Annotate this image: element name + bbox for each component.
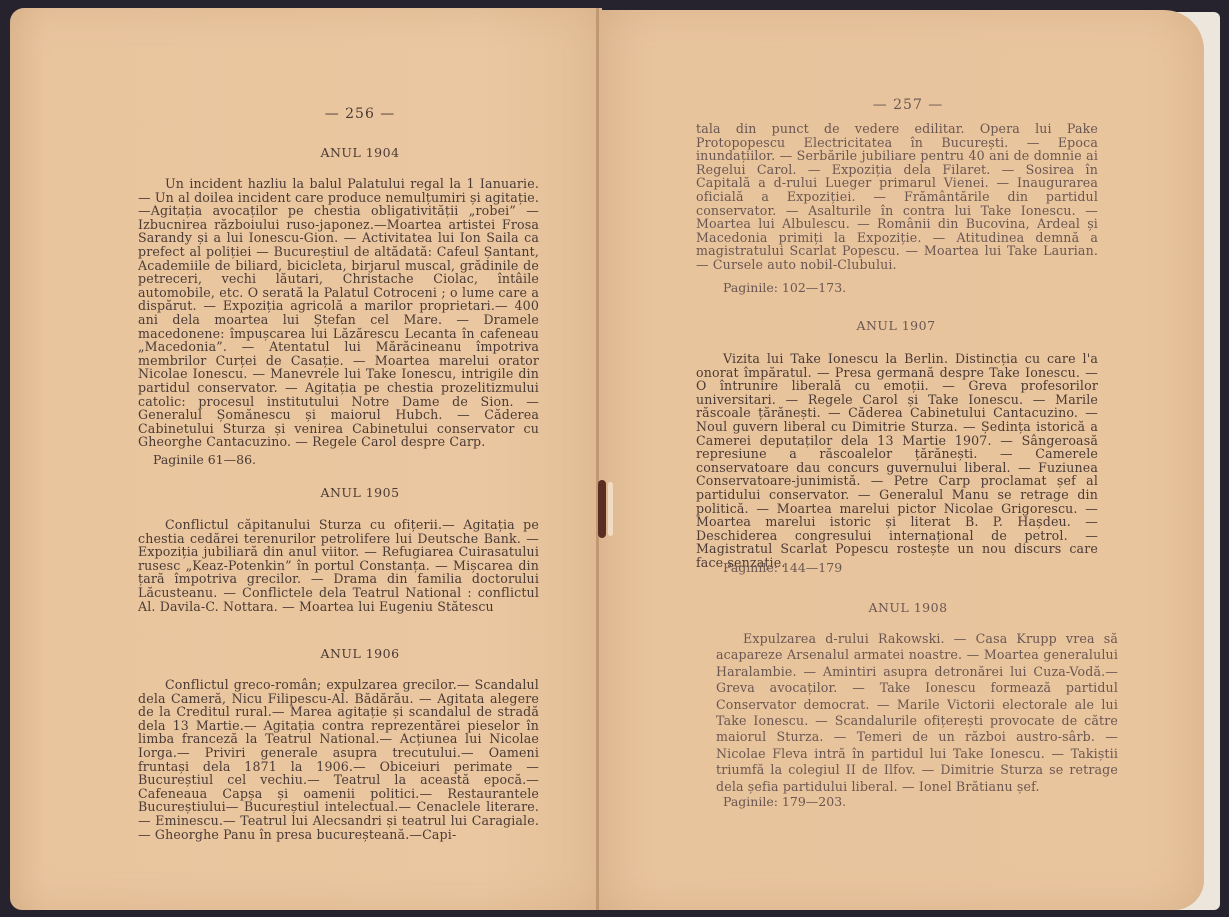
- section-heading-1907: ANUL 1907: [746, 318, 1046, 333]
- page-range-1908: Paginile: 179—203.: [723, 794, 846, 809]
- section-text-1904: Un incident hazliu la balul Palatului re…: [138, 177, 539, 449]
- page-range-1906: Paginile: 102—173.: [723, 280, 846, 295]
- binding-tear-mark: [598, 480, 606, 538]
- page-range-1904: Paginile 61—86.: [153, 452, 256, 467]
- binding-tear-highlight: [608, 482, 613, 536]
- page-number: — 257 —: [838, 97, 978, 113]
- section-heading-1908: ANUL 1908: [758, 600, 1058, 615]
- section-heading-1905: ANUL 1905: [210, 485, 510, 500]
- section-text-1905: Conflictul căpitanului Sturza cu ofițeri…: [138, 518, 539, 613]
- page-number: — 256 —: [290, 106, 430, 122]
- section-heading-1904: ANUL 1904: [210, 145, 510, 160]
- section-heading-1906: ANUL 1906: [210, 646, 510, 661]
- left-page: — 256 — ANUL 1904 Un incident hazliu la …: [10, 8, 602, 910]
- page-range-1907: Paginile: 144—179: [723, 560, 842, 575]
- book-spine-gutter: [596, 8, 599, 910]
- section-text-1908: Expulzarea d-rului Rakowski. — Casa Krup…: [716, 631, 1118, 795]
- continuation-text: tala din punct de vedere edilitar. Opera…: [696, 122, 1098, 272]
- section-text-1907: Vizita lui Take Ionescu la Berlin. Disti…: [696, 352, 1098, 570]
- right-page: — 257 — tala din punct de vedere edilita…: [598, 10, 1204, 910]
- section-text-1906: Conflictul greco-român; expulzarea greci…: [138, 678, 539, 841]
